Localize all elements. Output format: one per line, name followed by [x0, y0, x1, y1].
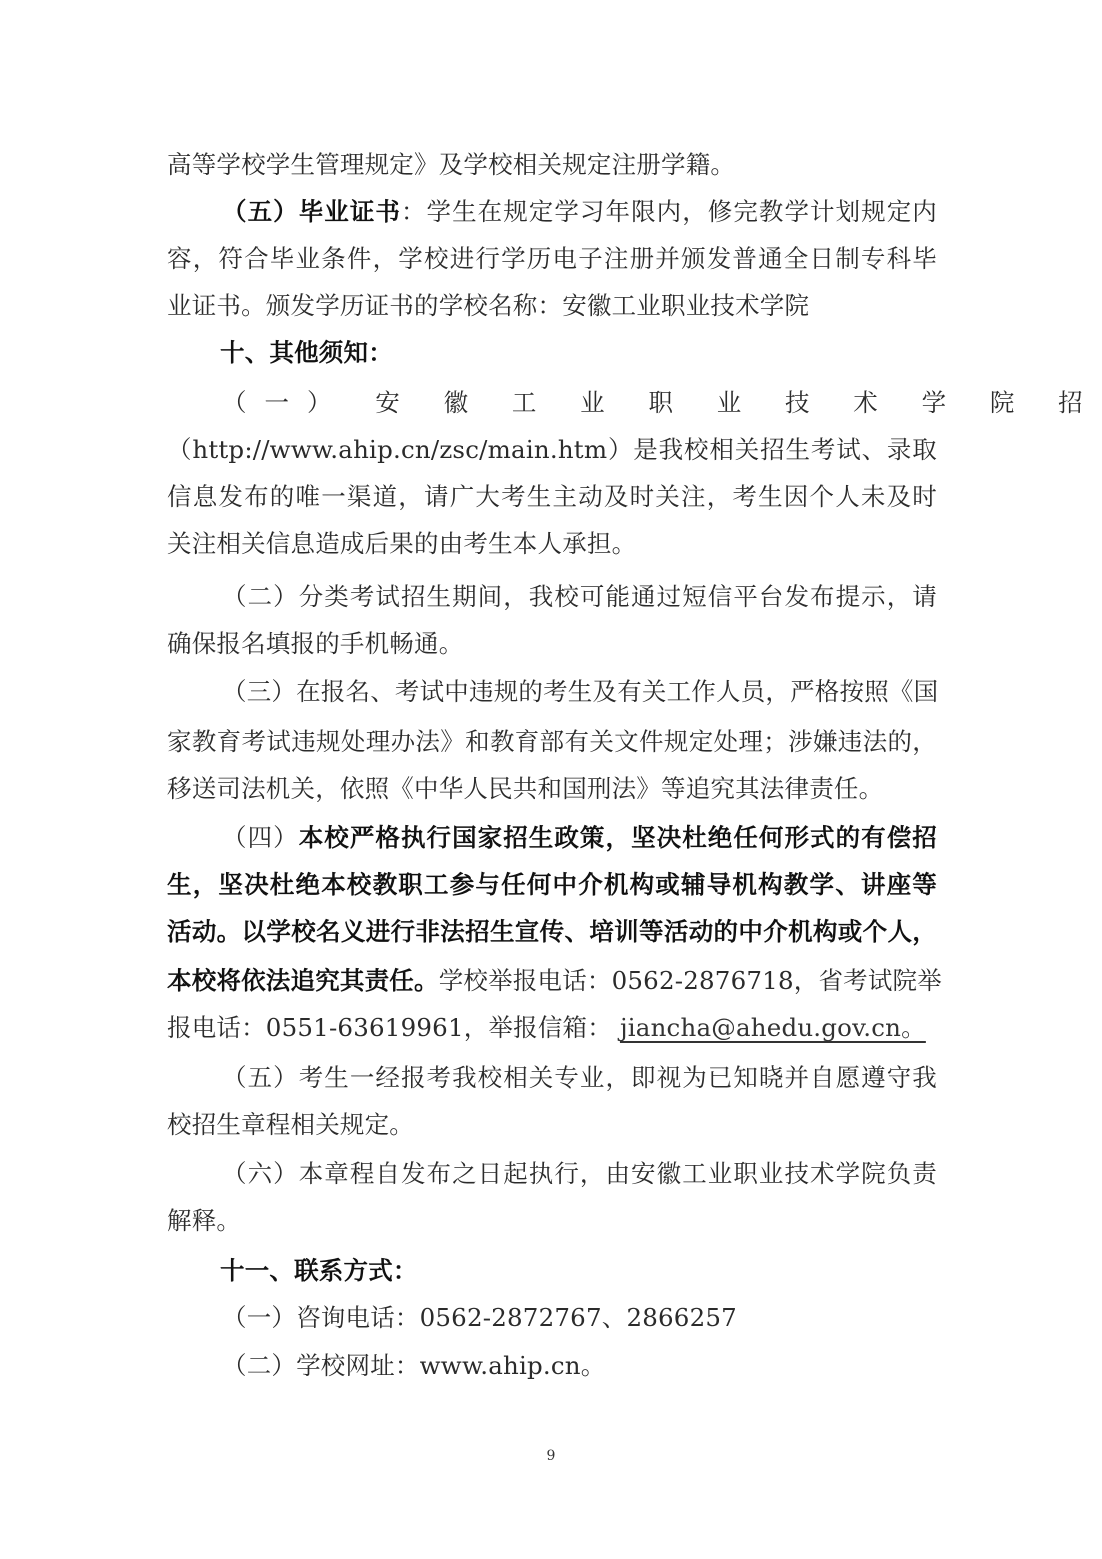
page-number: 9 [0, 1448, 1102, 1464]
paragraph-line: 报电话：0551-63619961，举报信箱： jiancha@ahedu.go… [167, 1012, 937, 1044]
paragraph-effective-date: （六）本章程自发布之日起执行，由安徽工业职业技术学院负责 [222, 1158, 937, 1190]
paragraph-line: 校招生章程相关规定。 [167, 1109, 937, 1141]
paragraph-graduation-certificate: （五）毕业证书：学生在规定学习年限内，修完教学计划规定内 [222, 196, 937, 228]
paragraph-sms-notice: （二）分类考试招生期间，我校可能通过短信平台发布提示，请 [222, 581, 937, 613]
heading-text: 十、其他须知： [220, 338, 393, 367]
paragraph-line: 信息发布的唯一渠道，请广大考生主动及时关注，考生因个人未及时 [167, 481, 937, 513]
admissions-url-text: （http://www.ahip.cn/zsc/main.htm）是我校相关招生… [167, 435, 937, 464]
line-text: 关注相关信息造成后果的由考生本人承担。 [167, 529, 636, 558]
section-heading-contact: 十一、联系方式： [220, 1255, 990, 1287]
contact-phone: （一）咨询电话：0562-2872767、2866257 [222, 1302, 937, 1334]
paragraph-line: 活动。以学校名义进行非法招生宣传、培训等活动的中介机构或个人， [167, 916, 937, 948]
bold-text: 本校严格执行国家招生政策，坚决杜绝任何形式的有偿招 [299, 823, 937, 852]
bold-text: 活动。以学校名义进行非法招生宣传、培训等活动的中介机构或个人， [167, 917, 937, 946]
line-text: 校招生章程相关规定。 [167, 1110, 414, 1139]
line-text: 解释。 [167, 1206, 241, 1235]
paragraph-line: 确保报名填报的手机畅通。 [167, 628, 937, 660]
line-text: （六）本章程自发布之日起执行，由安徽工业职业技术学院负责 [222, 1159, 937, 1188]
paragraph-admissions-policy: （四）本校严格执行国家招生政策，坚决杜绝任何形式的有偿招 [222, 822, 937, 854]
line-text: 家教育考试违规处理办法》和教育部有关文件规定处理；涉嫌违法的， [167, 727, 937, 756]
paragraph-line: 高等学校学生管理规定》及学校相关规定注册学籍。 [167, 149, 937, 181]
paragraph-line: 家教育考试违规处理办法》和教育部有关文件规定处理；涉嫌违法的， [167, 726, 937, 758]
paragraph-line: 生，坚决杜绝本校教职工参与任何中介机构或辅导机构教学、讲座等 [167, 869, 937, 901]
paragraph-line: （http://www.ahip.cn/zsc/main.htm）是我校相关招生… [167, 434, 937, 466]
line-text: 容，符合毕业条件，学校进行学历电子注册并颁发普通全日制专科毕 [167, 244, 937, 273]
line-text: （二）分类考试招生期间，我校可能通过短信平台发布提示，请 [222, 582, 937, 611]
paragraph-compliance: （五）考生一经报考我校相关专业，即视为已知晓并自愿遵守我 [222, 1062, 937, 1094]
line-text: 高等学校学生管理规定》及学校相关规定注册学籍。 [167, 150, 735, 179]
line-text: （五）考生一经报考我校相关专业，即视为已知晓并自愿遵守我 [222, 1063, 937, 1092]
bold-text: 生，坚决杜绝本校教职工参与任何中介机构或辅导机构教学、讲座等 [167, 870, 937, 899]
paragraph-line: 解释。 [167, 1205, 937, 1237]
line-text: 信息发布的唯一渠道，请广大考生主动及时关注，考生因个人未及时 [167, 482, 937, 511]
line-text: 移送司法机关，依照《中华人民共和国刑法》等追究其法律责任。 [167, 774, 883, 803]
heading-text: 十一、联系方式： [220, 1256, 418, 1285]
contact-phone-text: （一）咨询电话：0562-2872767、2866257 [222, 1303, 737, 1332]
line-text: （一） 安 徽 工 业 职 业 技 术 学 院 招 生 网 [222, 388, 1102, 417]
paragraph-admissions-website: （一） 安 徽 工 业 职 业 技 术 学 院 招 生 网 [222, 387, 937, 419]
paragraph-line: 本校将依法追究其责任。学校举报电话：0562-2876718，省考试院举 [167, 965, 937, 997]
bold-text: 本校将依法追究其责任。 [167, 966, 439, 995]
line-text: ：学生在规定学习年限内，修完教学计划规定内 [401, 197, 937, 226]
report-phone-text: 报电话：0551-63619961，举报信箱： [167, 1013, 612, 1042]
line-text: 确保报名填报的手机畅通。 [167, 629, 463, 658]
line-text: 业证书。颁发学历证书的学校名称：安徽工业职业技术学院 [167, 291, 809, 320]
subheading-graduation-certificate: （五）毕业证书 [222, 197, 401, 226]
item-prefix: （四） [222, 823, 299, 852]
contact-website-text: （二）学校网址：www.ahip.cn。 [222, 1351, 606, 1380]
paragraph-violations: （三）在报名、考试中违规的考生及有关工作人员，严格按照《国 [222, 676, 937, 708]
line-text: （三）在报名、考试中违规的考生及有关工作人员，严格按照《国 [222, 677, 938, 706]
document-page: 高等学校学生管理规定》及学校相关规定注册学籍。 （五）毕业证书：学生在规定学习年… [0, 0, 1102, 1559]
contact-website: （二）学校网址：www.ahip.cn。 [222, 1350, 937, 1382]
paragraph-line: 容，符合毕业条件，学校进行学历电子注册并颁发普通全日制专科毕 [167, 243, 937, 275]
paragraph-line: 关注相关信息造成后果的由考生本人承担。 [167, 528, 937, 560]
paragraph-line: 移送司法机关，依照《中华人民共和国刑法》等追究其法律责任。 [167, 773, 937, 805]
report-phone-text: 学校举报电话：0562-2876718，省考试院举 [439, 966, 942, 995]
paragraph-line: 业证书。颁发学历证书的学校名称：安徽工业职业技术学院 [167, 290, 937, 322]
section-heading-other-notes: 十、其他须知： [220, 337, 990, 369]
report-email-link[interactable]: jiancha@ahedu.gov.cn。 [620, 1013, 926, 1042]
